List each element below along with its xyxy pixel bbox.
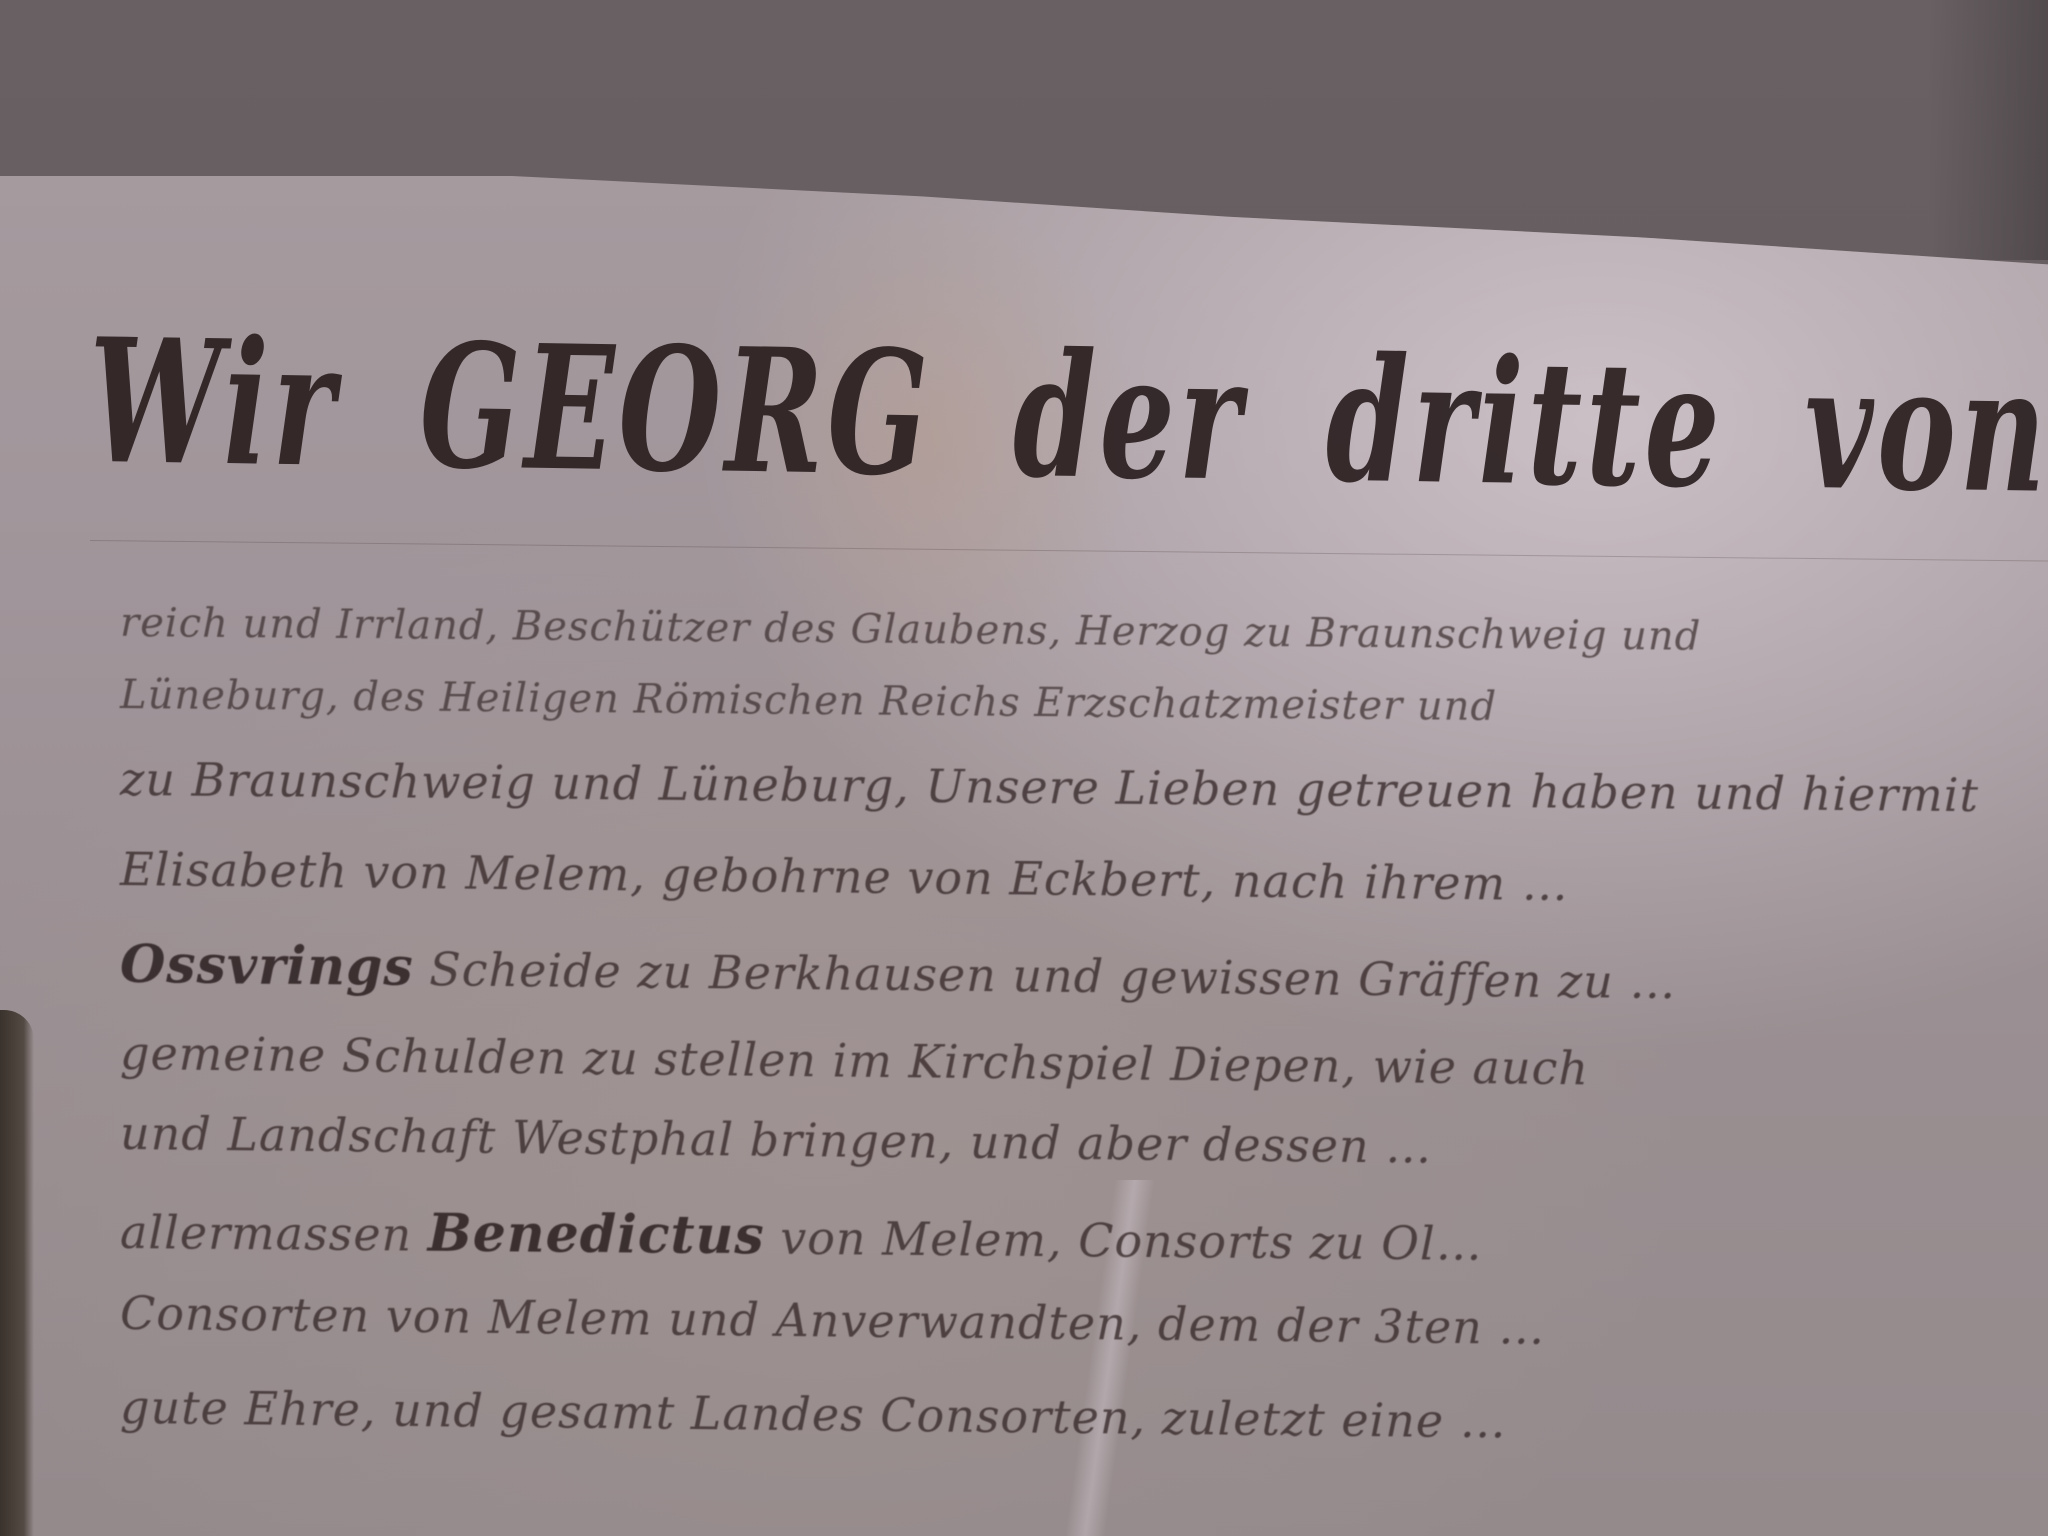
body-line: Elisabeth von Melem, gebohrne von Eckber… [120, 842, 2048, 935]
line-text: zu Braunschweig und Lüneburg, Unsere Lie… [120, 752, 1979, 822]
line-emphasis: Ossvrings [120, 934, 414, 998]
heading-word: Wir [89, 300, 340, 505]
document-photo: Wir GEORG der dritte von Gottes Gn reich… [0, 0, 2048, 1536]
body-line: Consorten von Melem und Anverwandten, de… [120, 1286, 2048, 1379]
line-text: Consorten von Melem und Anverwandten, de… [120, 1286, 1546, 1355]
line-text: gute Ehre, und gesamt Landes Consorten, … [120, 1380, 1507, 1449]
line-text: reich und Irrland, Beschützer des Glaube… [120, 600, 1702, 660]
heading-word: von [1804, 326, 2048, 531]
background-shadow [1928, 0, 2048, 260]
body-line: und Landschaft Westphal bringen, und abe… [120, 1106, 2048, 1199]
line-text: Elisabeth von Melem, gebohrne von Eckber… [120, 842, 1569, 911]
heading-word: GEORG [419, 305, 933, 514]
body-line: allermassen Benedictus von Melem, Consor… [120, 1200, 2048, 1289]
document-body: reich und Irrland, Beschützer des Glaube… [120, 600, 2048, 1452]
line-emphasis: Benedictus [428, 1203, 765, 1267]
heading-word: dritte [1325, 319, 1724, 527]
body-line: zu Braunschweig und Lüneburg, Unsere Lie… [120, 752, 2048, 841]
document-heading: Wir GEORG der dritte von Gottes Gn [89, 300, 2048, 531]
line-text: und Landschaft Westphal bringen, und abe… [120, 1106, 1433, 1174]
line-text: von Melem, Consorts zu Ol… [764, 1211, 1483, 1271]
body-line: Lüneburg, des Heiligen Römischen Reichs … [120, 672, 2048, 761]
heading-word: der [1012, 314, 1245, 519]
body-line: gemeine Schulden zu stellen im Kirchspie… [120, 1026, 2048, 1119]
line-text: Scheide zu Berkhausen und gewissen Gräff… [413, 942, 1676, 1009]
line-text: allermassen [120, 1205, 413, 1262]
body-line: Ossvrings Scheide zu Berkhausen und gewi… [120, 934, 2048, 1027]
curled-left-edge [0, 1010, 34, 1536]
line-text: gemeine Schulden zu stellen im Kirchspie… [120, 1026, 1589, 1095]
